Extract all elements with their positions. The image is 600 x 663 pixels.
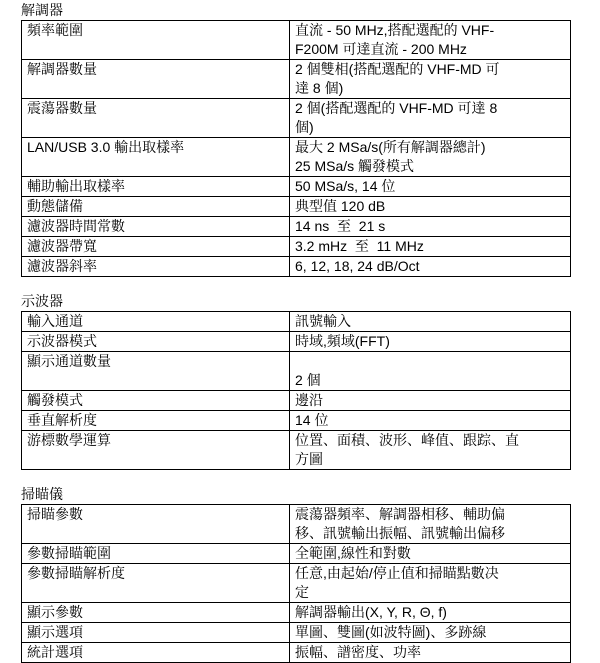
spec-value-line: 全範圍,線性和對數 xyxy=(295,544,565,563)
spec-value-line: 單圖、雙圖(如波特圖)、多跡線 xyxy=(295,623,565,642)
spec-value-line: 位置、面積、波形、峰值、跟踪、直 xyxy=(295,431,565,450)
spec-label: 震蕩器數量 xyxy=(22,99,290,137)
spec-value: 邊沿 xyxy=(290,391,570,410)
spec-value-line: 達 8 個) xyxy=(295,79,565,98)
spec-value-line: 解調器輸出(X, Y, R, Θ, f) xyxy=(295,603,565,622)
spec-value: 最大 2 MSa/s(所有解調器總計) 25 MSa/s 觸發模式 xyxy=(290,138,570,176)
spec-label: 濾波器帶寬 xyxy=(22,237,290,256)
spec-value: 3.2 mHz 至 11 MHz xyxy=(290,237,570,256)
spec-label: 觸發模式 xyxy=(22,391,290,410)
spec-label: 濾波器時間常數 xyxy=(22,217,290,236)
spec-label: 輸入通道 xyxy=(22,312,290,331)
spec-value-line: 典型值 120 dB xyxy=(295,197,565,216)
spec-label: LAN/USB 3.0 輸出取樣率 xyxy=(22,138,290,176)
section-title: 示波器 xyxy=(21,293,600,310)
spec-value: 位置、面積、波形、峰值、跟踪、直 方圖 xyxy=(290,431,570,469)
spec-value-line: 方圖 xyxy=(295,450,565,469)
spec-value: 訊號輸入 xyxy=(290,312,570,331)
spec-value-line: 6, 12, 18, 24 dB/Oct xyxy=(295,257,565,276)
spec-value-line: 振幅、譜密度、功率 xyxy=(295,643,565,662)
spec-table-demodulator: 頻率範圍 直流 - 50 MHz,搭配選配的 VHF- F200M 可達直流 -… xyxy=(21,20,571,277)
spec-value: 任意,由起始/停止值和掃瞄點數决 定 xyxy=(290,564,570,602)
spec-table-sweeper: 掃瞄參數 震蕩器頻率、解調器相移、輔助偏 移、訊號輸出振幅、訊號輸出偏移 參數掃… xyxy=(21,504,571,663)
spec-label: 動態儲備 xyxy=(22,197,290,216)
section-demodulator: 解調器 頻率範圍 直流 - 50 MHz,搭配選配的 VHF- F200M 可達… xyxy=(21,2,600,277)
table-row: 顯示通道數量 2 個 xyxy=(22,351,570,390)
spec-value: 振幅、譜密度、功率 xyxy=(290,643,570,662)
table-row: 輸入通道 訊號輸入 xyxy=(22,312,570,331)
table-row: 統計選項 振幅、譜密度、功率 xyxy=(22,642,570,662)
spec-label: 解調器數量 xyxy=(22,60,290,98)
table-row: 垂直解析度 14 位 xyxy=(22,410,570,430)
section-title: 掃瞄儀 xyxy=(21,486,600,503)
table-row: 游標數學運算 位置、面積、波形、峰值、跟踪、直 方圖 xyxy=(22,430,570,469)
spec-table-oscilloscope: 輸入通道 訊號輸入 示波器模式 時域,頻域(FFT) 顯示通道數量 2 個 觸 xyxy=(21,311,571,470)
spec-label: 參數掃瞄解析度 xyxy=(22,564,290,602)
spec-value-line: 直流 - 50 MHz,搭配選配的 VHF- xyxy=(295,21,565,40)
spec-value-line: 2 個(搭配選配的 VHF-MD 可達 8 xyxy=(295,99,565,118)
spec-value: 全範圍,線性和對數 xyxy=(290,544,570,563)
spec-value: 時域,頻域(FFT) xyxy=(290,332,570,351)
spec-label: 掃瞄參數 xyxy=(22,505,290,543)
spec-value-line xyxy=(295,352,565,371)
section-oscilloscope: 示波器 輸入通道 訊號輸入 示波器模式 時域,頻域(FFT) 顯示通道數量 2 … xyxy=(21,293,600,470)
table-row: 動態儲備 典型值 120 dB xyxy=(22,196,570,216)
spec-value: 14 ns 至 21 s xyxy=(290,217,570,236)
spec-label: 示波器模式 xyxy=(22,332,290,351)
spec-value-line: 50 MSa/s, 14 位 xyxy=(295,177,565,196)
spec-value-line: 個) xyxy=(295,118,565,137)
spec-value: 50 MSa/s, 14 位 xyxy=(290,177,570,196)
spec-value: 單圖、雙圖(如波特圖)、多跡線 xyxy=(290,623,570,642)
table-row: 輔助輸出取樣率 50 MSa/s, 14 位 xyxy=(22,176,570,196)
table-row: 掃瞄參數 震蕩器頻率、解調器相移、輔助偏 移、訊號輸出振幅、訊號輸出偏移 xyxy=(22,505,570,543)
spec-value: 典型值 120 dB xyxy=(290,197,570,216)
spec-label: 統計選項 xyxy=(22,643,290,662)
spec-value-line: 最大 2 MSa/s(所有解調器總計) xyxy=(295,138,565,157)
table-row: 解調器數量 2 個雙相(搭配選配的 VHF-MD 可 達 8 個) xyxy=(22,59,570,98)
spec-value-line: 邊沿 xyxy=(295,391,565,410)
table-row: 示波器模式 時域,頻域(FFT) xyxy=(22,331,570,351)
table-row: 顯示選項 單圖、雙圖(如波特圖)、多跡線 xyxy=(22,622,570,642)
spec-value-line: 時域,頻域(FFT) xyxy=(295,332,565,351)
spec-value: 直流 - 50 MHz,搭配選配的 VHF- F200M 可達直流 - 200 … xyxy=(290,21,570,59)
section-title: 解調器 xyxy=(21,2,600,19)
table-row: 濾波器斜率 6, 12, 18, 24 dB/Oct xyxy=(22,256,570,276)
spec-value-line: 訊號輸入 xyxy=(295,312,565,331)
table-row: 震蕩器數量 2 個(搭配選配的 VHF-MD 可達 8 個) xyxy=(22,98,570,137)
spec-value: 6, 12, 18, 24 dB/Oct xyxy=(290,257,570,276)
spec-value: 2 個 xyxy=(290,352,570,390)
spec-label: 顯示選項 xyxy=(22,623,290,642)
spec-value-line: 25 MSa/s 觸發模式 xyxy=(295,157,565,176)
spec-value: 2 個雙相(搭配選配的 VHF-MD 可 達 8 個) xyxy=(290,60,570,98)
section-sweeper: 掃瞄儀 掃瞄參數 震蕩器頻率、解調器相移、輔助偏 移、訊號輸出振幅、訊號輸出偏移… xyxy=(21,486,600,663)
spec-value-line: 2 個雙相(搭配選配的 VHF-MD 可 xyxy=(295,60,565,79)
spec-label: 游標數學運算 xyxy=(22,431,290,469)
spec-label: 參數掃瞄範圍 xyxy=(22,544,290,563)
spec-value-line: 3.2 mHz 至 11 MHz xyxy=(295,237,565,256)
table-row: 顯示參數 解調器輸出(X, Y, R, Θ, f) xyxy=(22,602,570,622)
table-row: LAN/USB 3.0 輸出取樣率 最大 2 MSa/s(所有解調器總計) 25… xyxy=(22,137,570,176)
spec-label: 顯示通道數量 xyxy=(22,352,290,390)
spec-value-line: F200M 可達直流 - 200 MHz xyxy=(295,40,565,59)
spec-label: 輔助輸出取樣率 xyxy=(22,177,290,196)
spec-value-line: 任意,由起始/停止值和掃瞄點數决 xyxy=(295,564,565,583)
table-row: 參數掃瞄範圍 全範圍,線性和對數 xyxy=(22,543,570,563)
spec-document: 解調器 頻率範圍 直流 - 50 MHz,搭配選配的 VHF- F200M 可達… xyxy=(0,0,600,663)
spec-value-line: 14 ns 至 21 s xyxy=(295,217,565,236)
spec-value: 14 位 xyxy=(290,411,570,430)
spec-value-line: 震蕩器頻率、解調器相移、輔助偏 xyxy=(295,505,565,524)
spec-label: 濾波器斜率 xyxy=(22,257,290,276)
table-row: 濾波器帶寬 3.2 mHz 至 11 MHz xyxy=(22,236,570,256)
table-row: 觸發模式 邊沿 xyxy=(22,390,570,410)
spec-value: 解調器輸出(X, Y, R, Θ, f) xyxy=(290,603,570,622)
spec-value-line: 移、訊號輸出振幅、訊號輸出偏移 xyxy=(295,524,565,543)
spec-label: 頻率範圍 xyxy=(22,21,290,59)
spec-value: 震蕩器頻率、解調器相移、輔助偏 移、訊號輸出振幅、訊號輸出偏移 xyxy=(290,505,570,543)
spec-value-line: 定 xyxy=(295,583,565,602)
spec-label: 垂直解析度 xyxy=(22,411,290,430)
spec-value-line: 14 位 xyxy=(295,411,565,430)
spec-value-line: 2 個 xyxy=(295,371,565,390)
table-row: 參數掃瞄解析度 任意,由起始/停止值和掃瞄點數决 定 xyxy=(22,563,570,602)
spec-label: 顯示參數 xyxy=(22,603,290,622)
table-row: 濾波器時間常數 14 ns 至 21 s xyxy=(22,216,570,236)
table-row: 頻率範圍 直流 - 50 MHz,搭配選配的 VHF- F200M 可達直流 -… xyxy=(22,21,570,59)
spec-value: 2 個(搭配選配的 VHF-MD 可達 8 個) xyxy=(290,99,570,137)
